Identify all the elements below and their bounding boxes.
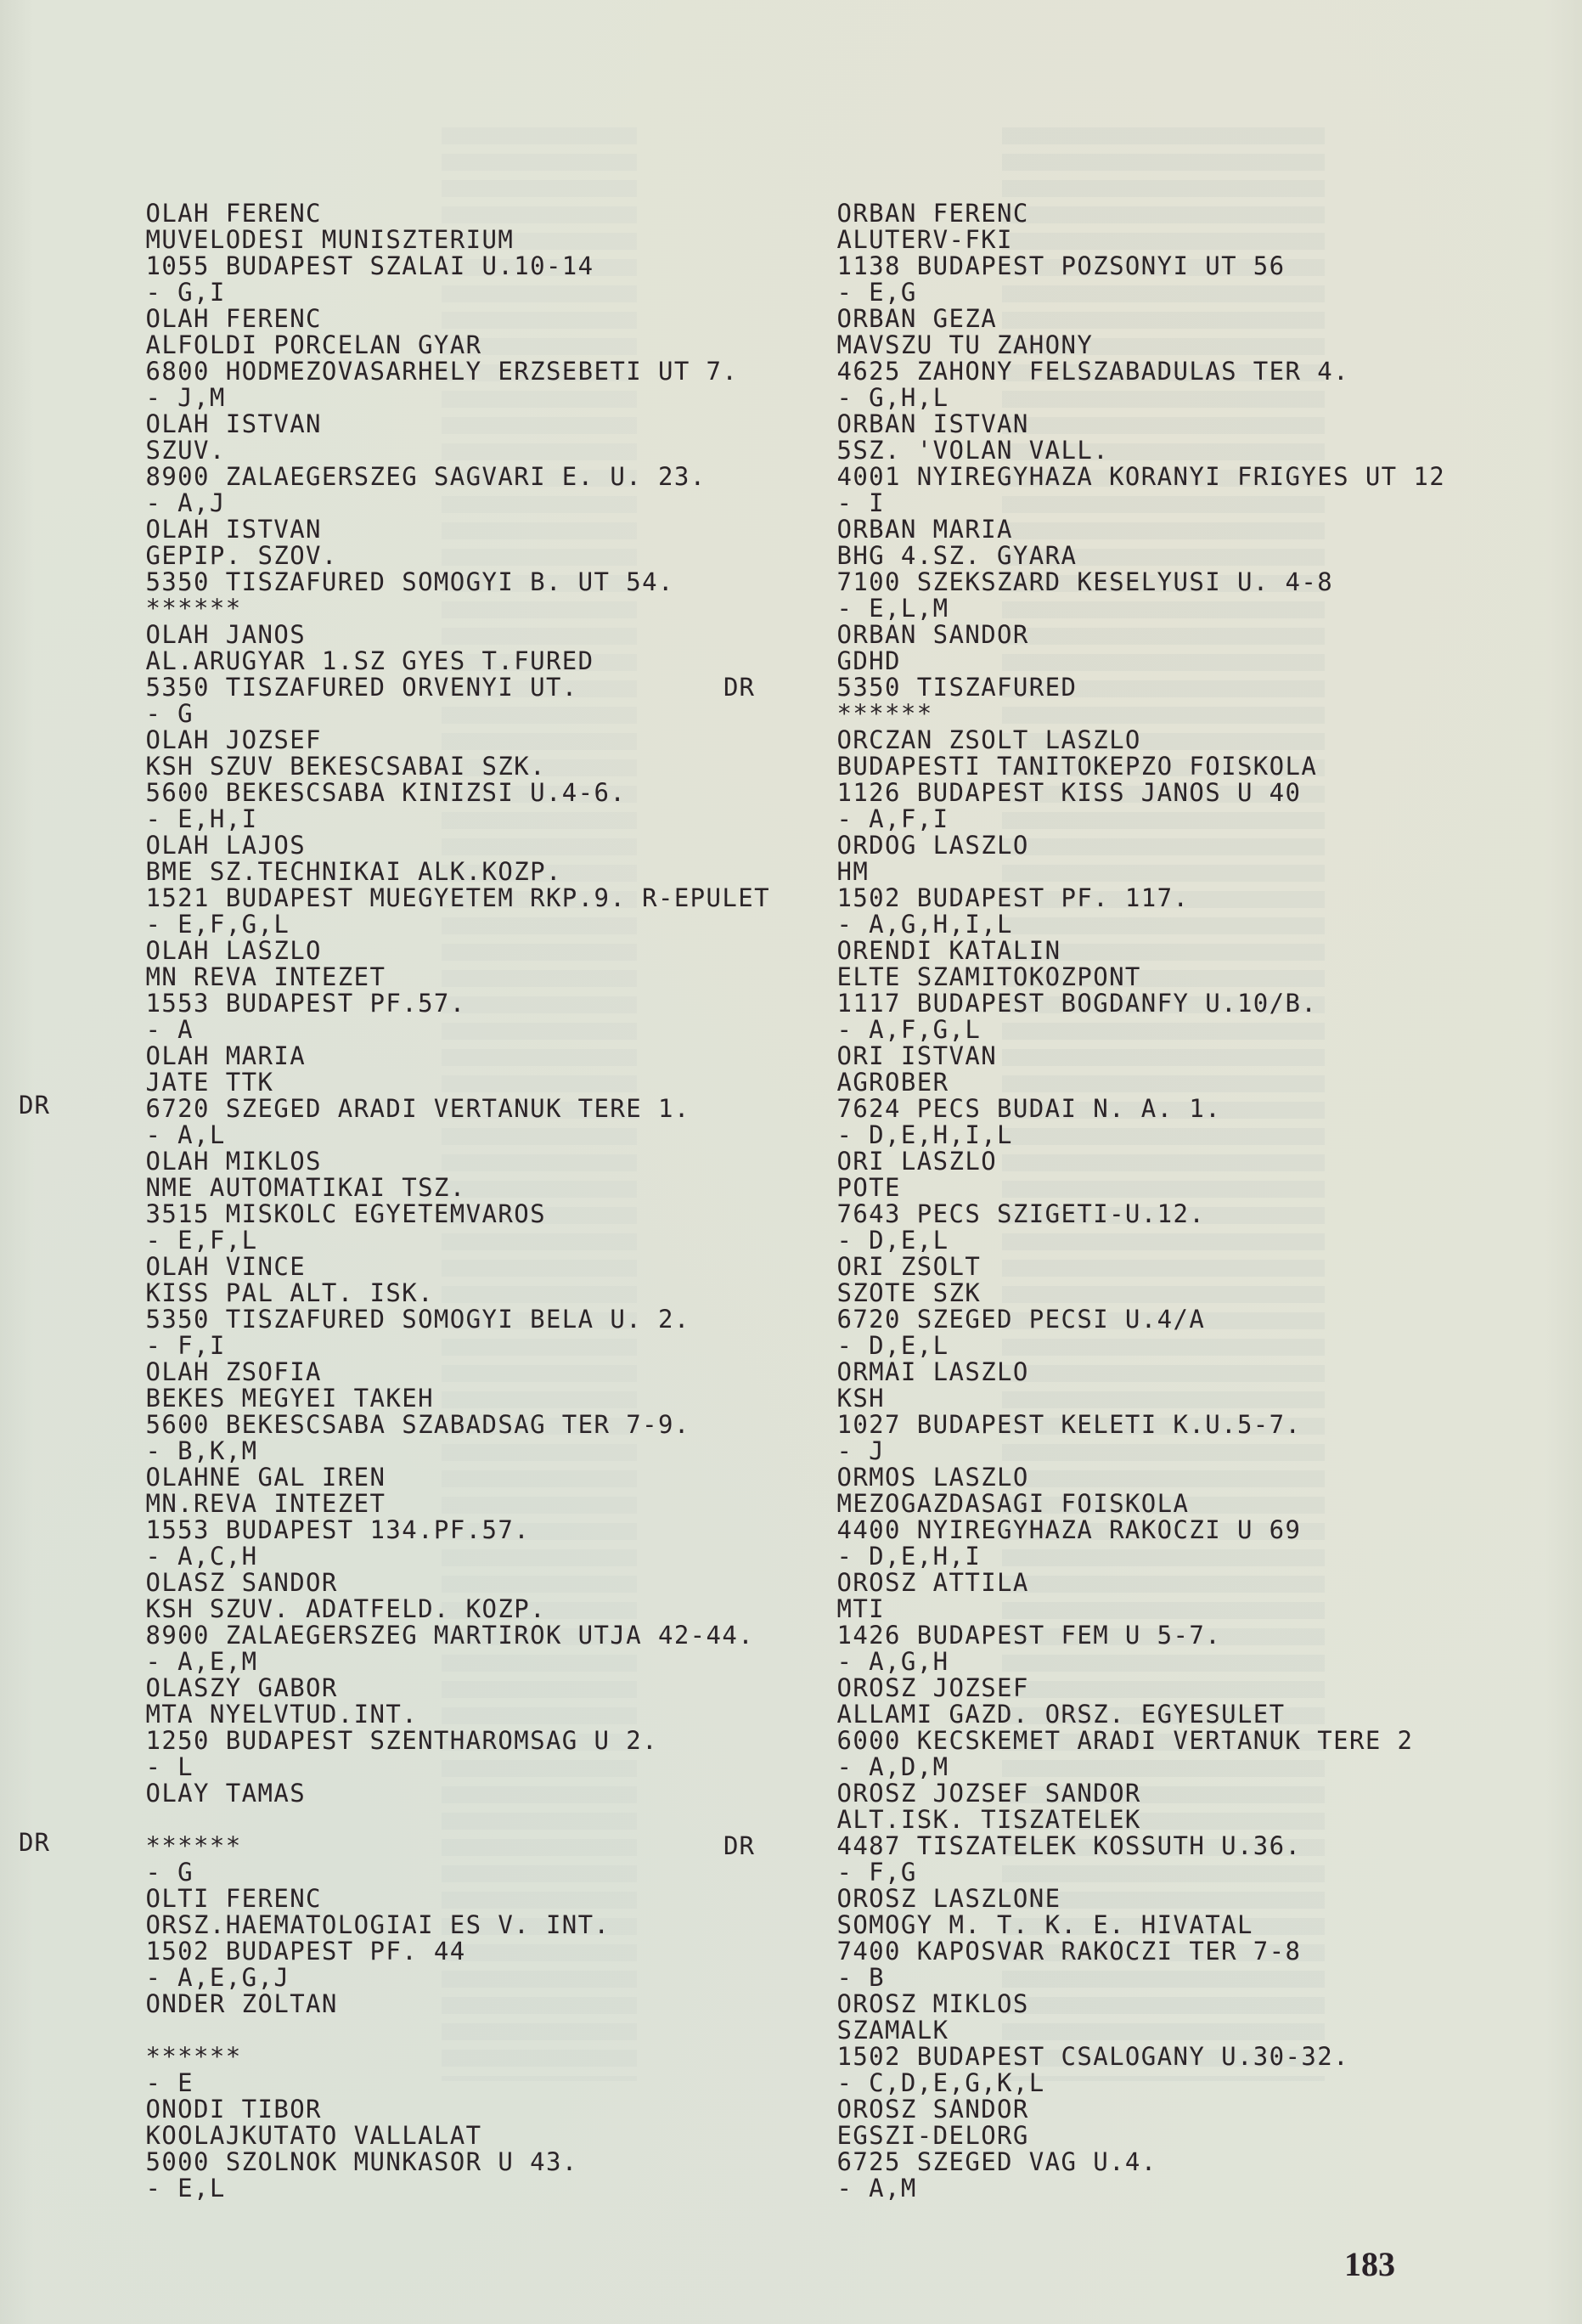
title-prefix: DR bbox=[723, 1833, 755, 1859]
directory-line: MEZOGAZDASAGI FOISKOLA bbox=[773, 1438, 1418, 1464]
directory-line: 1502 BUDAPEST PF. 44 bbox=[82, 1886, 727, 1912]
directory-line: ORSZ.HAEMATOLOGIAI ES V. INT. bbox=[82, 1859, 727, 1886]
directory-line: - G,I bbox=[82, 227, 727, 253]
directory-line: 1553 BUDAPEST PF.57. bbox=[82, 938, 727, 964]
directory-line: OLASZ SANDOR bbox=[82, 1517, 727, 1543]
directory-line: - A,M bbox=[773, 2123, 1418, 2149]
directory-line: - A,G,H,I,L bbox=[773, 859, 1418, 885]
directory-line: ORBAN SANDOR bbox=[773, 569, 1418, 595]
directory-line: 5600 BEKESCSABA KINIZSI U.4-6. bbox=[82, 727, 727, 753]
directory-line: BME SZ.TECHNIKAI ALK.KOZP. bbox=[82, 806, 727, 832]
title-prefix: DR bbox=[19, 1830, 50, 1856]
directory-line: DR ORCZAN ZSOLT LASZLO bbox=[773, 674, 1418, 701]
directory-line: ****** bbox=[82, 1991, 727, 2017]
directory-line: NME AUTOMATIKAI TSZ. bbox=[82, 1122, 727, 1148]
directory-line: OLAY TAMAS bbox=[82, 1728, 727, 1754]
directory-line: EGSZI-DELORG bbox=[773, 2070, 1418, 2096]
directory-line: - D,E,L bbox=[773, 1280, 1418, 1306]
directory-line: - A,G,H bbox=[773, 1596, 1418, 1622]
directory-line: ORBAN ISTVAN bbox=[773, 358, 1418, 385]
line-text: - A,M bbox=[836, 2174, 916, 2203]
line-text: 6725 SZEGED VAG U.4. bbox=[836, 2147, 1157, 2176]
directory-line: 6000 KECSKEMET ARADI VERTANUK TERE 2 bbox=[773, 1675, 1418, 1701]
directory-line: - A,D,M bbox=[773, 1701, 1418, 1728]
directory-line: OLASZY GABOR bbox=[82, 1622, 727, 1649]
line-text: 5000 SZOLNOK MUNKASOR U 43. bbox=[145, 2147, 577, 2176]
directory-line: ORBAN MARIA bbox=[773, 464, 1418, 490]
directory-line: 1502 BUDAPEST PF. 117. bbox=[773, 832, 1418, 859]
directory-line: OLAH JANOS bbox=[82, 569, 727, 595]
directory-line: ONODI TIBOR bbox=[82, 2044, 727, 2070]
directory-line: 4487 TISZATELEK KOSSUTH U.36. bbox=[773, 1780, 1418, 1807]
directory-line: BUDAPESTI TANITOKEPZO FOISKOLA bbox=[773, 701, 1418, 727]
directory-line: - A,F,G,L bbox=[773, 964, 1418, 990]
directory-line: 4400 NYIREGYHAZA RAKOCZI U 69 bbox=[773, 1464, 1418, 1491]
directory-line: ORENDI KATALIN bbox=[773, 885, 1418, 911]
directory-line: 8900 ZALAEGERSZEG MARTIROK UTJA 42-44. bbox=[82, 1570, 727, 1596]
directory-line: OLAH LASZLO bbox=[82, 885, 727, 911]
directory-line: OLAH ZSOFIA bbox=[82, 1306, 727, 1333]
left-column: OLAH FERENC MUVELODESI MUNISZTERIUM 1055… bbox=[82, 148, 727, 2149]
directory-line: - A,L bbox=[82, 1069, 727, 1096]
directory-line: MN.REVA INTEZET bbox=[82, 1438, 727, 1464]
directory-line: 1117 BUDAPEST BOGDANFY U.10/B. bbox=[773, 938, 1418, 964]
directory-line: HM bbox=[773, 806, 1418, 832]
directory-line: OLAH ISTVAN bbox=[82, 464, 727, 490]
directory-line: MTA NYELVTUD.INT. bbox=[82, 1649, 727, 1675]
directory-line: 6720 SZEGED PECSI U.4/A bbox=[773, 1254, 1418, 1280]
directory-line: OLAH ISTVAN bbox=[82, 358, 727, 385]
directory-line: - F,I bbox=[82, 1280, 727, 1306]
directory-line: - A,E,M bbox=[82, 1596, 727, 1622]
directory-line: ORDOG LASZLO bbox=[773, 780, 1418, 806]
directory-line: 3515 MISKOLC EGYETEMVAROS bbox=[82, 1148, 727, 1175]
directory-line: DR OLTI FERENC bbox=[82, 1833, 727, 1859]
directory-line: - I bbox=[773, 437, 1418, 464]
directory-line: - A,E,G,J bbox=[82, 1912, 727, 1938]
directory-line: 5SZ. 'VOLAN VALL. bbox=[773, 385, 1418, 411]
directory-line: MUVELODESI MUNISZTERIUM bbox=[82, 174, 727, 200]
directory-line: - J,M bbox=[82, 332, 727, 358]
directory-line: - A,J bbox=[82, 437, 727, 464]
directory-line: GDHD bbox=[773, 595, 1418, 622]
directory-line bbox=[82, 1754, 727, 1780]
directory-line: OLAH JOZSEF bbox=[82, 674, 727, 701]
page-number: 183 bbox=[1344, 2244, 1395, 2284]
directory-line: ****** bbox=[773, 648, 1418, 674]
directory-line: ORBAN GEZA bbox=[773, 253, 1418, 279]
title-prefix: DR bbox=[723, 674, 755, 701]
directory-line: SZUV. bbox=[82, 385, 727, 411]
directory-line: - B,K,M bbox=[82, 1385, 727, 1412]
directory-line: ORMOS LASZLO bbox=[773, 1412, 1418, 1438]
directory-line: ELTE SZAMITOKOZPONT bbox=[773, 911, 1418, 938]
directory-line: - E bbox=[82, 2017, 727, 2044]
directory-line: KSH SZUV. ADATFELD. KOZP. bbox=[82, 1543, 727, 1570]
directory-line: ****** bbox=[82, 543, 727, 569]
directory-line: 1521 BUDAPEST MUEGYETEM RKP.9. R-EPULET bbox=[82, 832, 727, 859]
directory-line: - F,G bbox=[773, 1807, 1418, 1833]
directory-line: ORI ISTVAN bbox=[773, 990, 1418, 1017]
directory-line: 5000 SZOLNOK MUNKASOR U 43. bbox=[82, 2096, 727, 2123]
directory-line: 7624 PECS BUDAI N. A. 1. bbox=[773, 1043, 1418, 1069]
directory-line: - B bbox=[773, 1912, 1418, 1938]
directory-line: 5350 TISZAFURED SOMOGYI BELA U. 2. bbox=[82, 1254, 727, 1280]
line-text: - E,L bbox=[145, 2174, 225, 2203]
directory-line: 1502 BUDAPEST CSALOGANY U.30-32. bbox=[773, 1991, 1418, 2017]
directory-line: MN REVA INTEZET bbox=[82, 911, 727, 938]
directory-line: ALLAMI GAZD. ORSZ. EGYESULET bbox=[773, 1649, 1418, 1675]
directory-line: 7643 PECS SZIGETI-U.12. bbox=[773, 1148, 1418, 1175]
directory-line: 6725 SZEGED VAG U.4. bbox=[773, 2096, 1418, 2123]
directory-line: AL.ARUGYAR 1.SZ GYES T.FURED bbox=[82, 595, 727, 622]
directory-line: OROSZ JOZSEF SANDOR bbox=[773, 1728, 1418, 1754]
directory-line: 1553 BUDAPEST 134.PF.57. bbox=[82, 1464, 727, 1491]
directory-line: 1250 BUDAPEST SZENTHAROMSAG U 2. bbox=[82, 1675, 727, 1701]
directory-line: KSH SZUV BEKESCSABAI SZK. bbox=[82, 701, 727, 727]
directory-line: 1138 BUDAPEST POZSONYI UT 56 bbox=[773, 200, 1418, 227]
directory-line: - E,F,G,L bbox=[82, 859, 727, 885]
directory-line: OROSZ ATTILA bbox=[773, 1517, 1418, 1543]
directory-line: - G,H,L bbox=[773, 332, 1418, 358]
directory-line: 1055 BUDAPEST SZALAI U.10-14 bbox=[82, 200, 727, 227]
directory-line: OROSZ SANDOR bbox=[773, 2044, 1418, 2070]
directory-line: SZAMALK bbox=[773, 1965, 1418, 1991]
directory-line: - E,F,L bbox=[82, 1175, 727, 1201]
directory-line: - A,F,I bbox=[773, 753, 1418, 780]
directory-line: SOMOGY M. T. K. E. HIVATAL bbox=[773, 1859, 1418, 1886]
directory-line: - D,E,H,I,L bbox=[773, 1069, 1418, 1096]
directory-line: ALT.ISK. TISZATELEK bbox=[773, 1754, 1418, 1780]
directory-line: ORI LASZLO bbox=[773, 1096, 1418, 1122]
directory-line: - A,C,H bbox=[82, 1491, 727, 1517]
directory-line: - G bbox=[82, 648, 727, 674]
directory-line: KISS PAL ALT. ISK. bbox=[82, 1227, 727, 1254]
directory-line: - D,E,H,I bbox=[773, 1491, 1418, 1517]
directory-line bbox=[82, 1965, 727, 1991]
directory-line: OLAH MARIA bbox=[82, 990, 727, 1017]
directory-line: AGROBER bbox=[773, 1017, 1418, 1043]
directory-line: ORMAI LASZLO bbox=[773, 1306, 1418, 1333]
directory-line: KOOLAJKUTATO VALLALAT bbox=[82, 2070, 727, 2096]
directory-line: 1126 BUDAPEST KISS JANOS U 40 bbox=[773, 727, 1418, 753]
title-prefix: DR bbox=[19, 1092, 50, 1119]
directory-line: OLAH FERENC bbox=[82, 253, 727, 279]
directory-line: OROSZ MIKLOS bbox=[773, 1938, 1418, 1965]
directory-line: 5350 TISZAFURED ORVENYI UT. bbox=[82, 622, 727, 648]
directory-line: 6720 SZEGED ARADI VERTANUK TERE 1. bbox=[82, 1043, 727, 1069]
directory-line: 6800 HODMEZOVASARHELY ERZSEBETI UT 7. bbox=[82, 306, 727, 332]
directory-line: 5600 BEKESCSABA SZABADSAG TER 7-9. bbox=[82, 1359, 727, 1385]
directory-line: - E,L bbox=[82, 2123, 727, 2149]
directory-line: ONDER ZOLTAN bbox=[82, 1938, 727, 1965]
directory-line: POTE bbox=[773, 1122, 1418, 1148]
directory-line: 4001 NYIREGYHAZA KORANYI FRIGYES UT 12 bbox=[773, 411, 1418, 437]
directory-page: OLAH FERENC MUVELODESI MUNISZTERIUM 1055… bbox=[0, 0, 1582, 2324]
directory-line: BEKES MEGYEI TAKEH bbox=[82, 1333, 727, 1359]
directory-line: DR OROSZ LASZLONE bbox=[773, 1833, 1418, 1859]
directory-line: JATE TTK bbox=[82, 1017, 727, 1043]
directory-line: - E,H,I bbox=[82, 753, 727, 780]
directory-line: ORBAN FERENC bbox=[773, 148, 1418, 174]
directory-line: MTI bbox=[773, 1543, 1418, 1570]
directory-line: 5350 TISZAFURED SOMOGYI B. UT 54. bbox=[82, 516, 727, 543]
directory-line: OLAH LAJOS bbox=[82, 780, 727, 806]
directory-line: OLAHNE GAL IREN bbox=[82, 1412, 727, 1438]
directory-line: MAVSZU TU ZAHONY bbox=[773, 279, 1418, 306]
directory-line: 7400 KAPOSVAR RAKOCZI TER 7-8 bbox=[773, 1886, 1418, 1912]
directory-line: - C,D,E,G,K,L bbox=[773, 2017, 1418, 2044]
directory-line: - E,L,M bbox=[773, 543, 1418, 569]
directory-line: 8900 ZALAEGERSZEG SAGVARI E. U. 23. bbox=[82, 411, 727, 437]
directory-line: - G bbox=[82, 1807, 727, 1833]
directory-line: 1426 BUDAPEST FEM U 5-7. bbox=[773, 1570, 1418, 1596]
directory-line: ALUTERV-FKI bbox=[773, 174, 1418, 200]
directory-line: 1027 BUDAPEST KELETI K.U.5-7. bbox=[773, 1359, 1418, 1385]
right-column: ORBAN FERENC ALUTERV-FKI 1138 BUDAPEST P… bbox=[773, 148, 1418, 2149]
directory-line: GEPIP. SZOV. bbox=[82, 490, 727, 516]
directory-line: - E,G bbox=[773, 227, 1418, 253]
directory-line: BHG 4.SZ. GYARA bbox=[773, 490, 1418, 516]
directory-line: DR OLAH MIKLOS bbox=[82, 1096, 727, 1122]
directory-line: ORI ZSOLT bbox=[773, 1201, 1418, 1227]
directory-line: SZOTE SZK bbox=[773, 1227, 1418, 1254]
directory-line: 5350 TISZAFURED bbox=[773, 622, 1418, 648]
directory-line: - D,E,L bbox=[773, 1175, 1418, 1201]
directory-line: ALFOLDI PORCELAN GYAR bbox=[82, 279, 727, 306]
directory-line: OROSZ JOZSEF bbox=[773, 1622, 1418, 1649]
directory-line: 4625 ZAHONY FELSZABADULAS TER 4. bbox=[773, 306, 1418, 332]
directory-line: - J bbox=[773, 1385, 1418, 1412]
directory-line: 7100 SZEKSZARD KESELYUSI U. 4-8 bbox=[773, 516, 1418, 543]
directory-line: ****** bbox=[82, 1780, 727, 1807]
directory-line: OLAH FERENC bbox=[82, 148, 727, 174]
directory-line: KSH bbox=[773, 1333, 1418, 1359]
directory-line: OLAH VINCE bbox=[82, 1201, 727, 1227]
directory-line: - L bbox=[82, 1701, 727, 1728]
directory-line: - A bbox=[82, 964, 727, 990]
